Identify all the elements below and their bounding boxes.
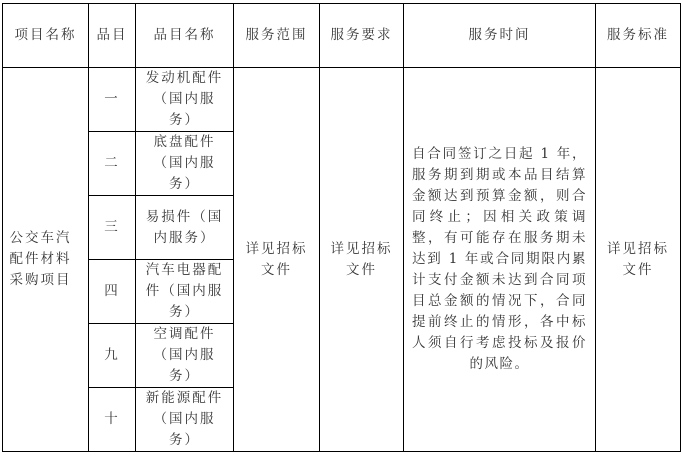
service-scope: 详见招标文件 [242, 239, 312, 281]
header-item-name: 品目名称 [136, 4, 234, 68]
service-scope-cell: 详见招标文件 [234, 68, 320, 452]
item-name-cell: 空调配件（国内服务） [136, 324, 234, 388]
header-service-standard: 服务标准 [596, 4, 681, 68]
item-name: 发动机配件（国内服务） [143, 68, 227, 131]
procurement-table: 项目名称 品目 品目名称 服务范围 服务要求 服务时间 服务标准 公交车汽配件材… [2, 3, 681, 452]
service-standard: 详见招标文件 [603, 239, 673, 281]
service-requirement: 详见招标文件 [327, 239, 397, 281]
header-service-requirement: 服务要求 [320, 4, 404, 68]
service-time: 自合同签订之日起 1 年，服务期到期或本品目结算金额达到预算金额，则合同终止；因… [412, 144, 587, 375]
header-service-time: 服务时间 [404, 4, 596, 68]
table-row: 公交车汽配件材料采购项目 一 发动机配件（国内服务） 详见招标文件 详见招标文件… [3, 68, 681, 132]
header-row: 项目名称 品目 品目名称 服务范围 服务要求 服务时间 服务标准 [3, 4, 681, 68]
service-time-cell: 自合同签订之日起 1 年，服务期到期或本品目结算金额达到预算金额，则合同终止；因… [404, 68, 596, 452]
project-name: 公交车汽配件材料采购项目 [10, 228, 82, 291]
header-service-scope: 服务范围 [234, 4, 320, 68]
item-name-cell: 易损件（国内服务） [136, 196, 234, 260]
item-name: 底盘配件（国内服务） [143, 132, 227, 195]
item-no: 四 [89, 260, 136, 324]
service-standard-cell: 详见招标文件 [596, 68, 681, 452]
item-name-cell: 新能源配件（国内服务） [136, 388, 234, 452]
item-no: 一 [89, 68, 136, 132]
item-name: 易损件（国内服务） [143, 207, 227, 249]
item-no: 二 [89, 132, 136, 196]
header-item: 品目 [89, 4, 136, 68]
item-name-cell: 汽车电器配件（国内服务） [136, 260, 234, 324]
item-no: 九 [89, 324, 136, 388]
item-name-cell: 发动机配件（国内服务） [136, 68, 234, 132]
item-name: 汽车电器配件（国内服务） [143, 260, 227, 323]
item-no: 三 [89, 196, 136, 260]
item-name: 空调配件（国内服务） [143, 324, 227, 387]
project-name-cell: 公交车汽配件材料采购项目 [3, 68, 89, 452]
item-name: 新能源配件（国内服务） [143, 388, 227, 451]
service-requirement-cell: 详见招标文件 [320, 68, 404, 452]
item-name-cell: 底盘配件（国内服务） [136, 132, 234, 196]
header-project-name: 项目名称 [3, 4, 89, 68]
item-no: 十 [89, 388, 136, 452]
